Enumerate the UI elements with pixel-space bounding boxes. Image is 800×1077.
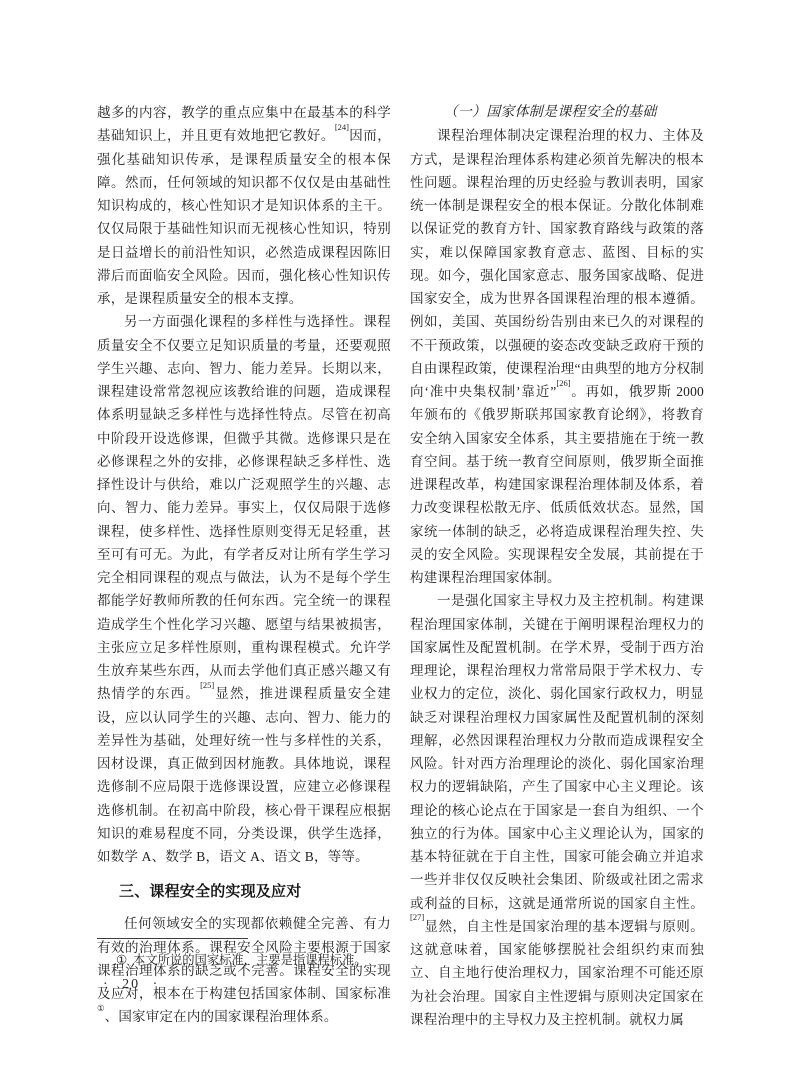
paragraph-national-system: 课程治理体制决定课程治理的权力、主体及方式，是课程治理体系构建必须首先解决的根本…	[410, 124, 704, 589]
footnote-divider	[97, 938, 248, 939]
footnote-text: 本文所说的国家标准，主要是指课程标准。	[133, 953, 367, 967]
right-column: （一）国家体制是课程安全的基础 课程治理体制决定课程治理的权力、主体及方式，是课…	[410, 101, 704, 1031]
paragraph-diversity-selectivity: 另一方面强化课程的多样性与选择性。课程质量安全不仅要立足知识质量的考量，还要观照…	[97, 310, 391, 868]
footnote-area: ①本文所说的国家标准，主要是指课程标准。 · 20 ·	[97, 938, 391, 993]
paragraph-state-power: 一是强化国家主导权力及主控机制。构建课程治理国家体制，关键在于阐明课程治理权力的…	[410, 589, 704, 1031]
text-run: 因而，强化基础知识传承，是课程质量安全的根本保障。然而，任何领域的知识都不仅仅是…	[97, 128, 391, 306]
text-run: 课程治理体制决定课程治理的权力、主体及方式，是课程治理体系构建必须首先解决的根本…	[410, 128, 704, 399]
text-run: 另一方面强化课程的多样性与选择性。课程质量安全不仅要立足知识质量的考量，还要观照…	[97, 314, 391, 701]
section-heading-three: 三、课程安全的实现及应对	[97, 880, 391, 903]
text-run: 、国家审定在内的国家课程治理体系。	[105, 1009, 338, 1024]
footnote-ref-1: ①	[97, 1003, 105, 1013]
text-run: 显然，自主性是国家治理的基本逻辑与原则。这就意味着，国家能够摆脱社会组织约束而独…	[410, 919, 704, 1027]
footnote-mark: ①	[116, 953, 127, 967]
subsection-heading-one: （一）国家体制是课程安全的基础	[410, 101, 704, 124]
citation-ref-24: [24]	[335, 122, 349, 132]
text-run: 显然，推进课程质量安全建设，应以认同学生的兴趣、志向、智力、能力的差异性为基础，…	[97, 686, 391, 864]
text-run: 。再如，俄罗斯 2000 年颁布的《俄罗斯联邦国家教育论纲》，将教育安全纳入国家…	[410, 384, 704, 585]
citation-ref-27: [27]	[410, 912, 424, 922]
paragraph-knowledge-continued: 越多的内容，教学的重点应集中在最基本的科学基础知识上，并且更有效地把它教好。[2…	[97, 101, 391, 310]
citation-ref-25: [25]	[200, 680, 214, 690]
page-number: · 20 ·	[103, 977, 391, 993]
citation-ref-26: [26]	[556, 378, 570, 388]
footnote: ①本文所说的国家标准，主要是指课程标准。	[97, 952, 391, 968]
text-run: 一是强化国家主导权力及主控机制。构建课程治理国家体制，关键在于阐明课程治理权力的…	[410, 593, 704, 910]
left-column: 越多的内容，教学的重点应集中在最基本的科学基础知识上，并且更有效地把它教好。[2…	[97, 101, 391, 1029]
paper-page: 越多的内容，教学的重点应集中在最基本的科学基础知识上，并且更有效地把它教好。[2…	[0, 0, 800, 1077]
